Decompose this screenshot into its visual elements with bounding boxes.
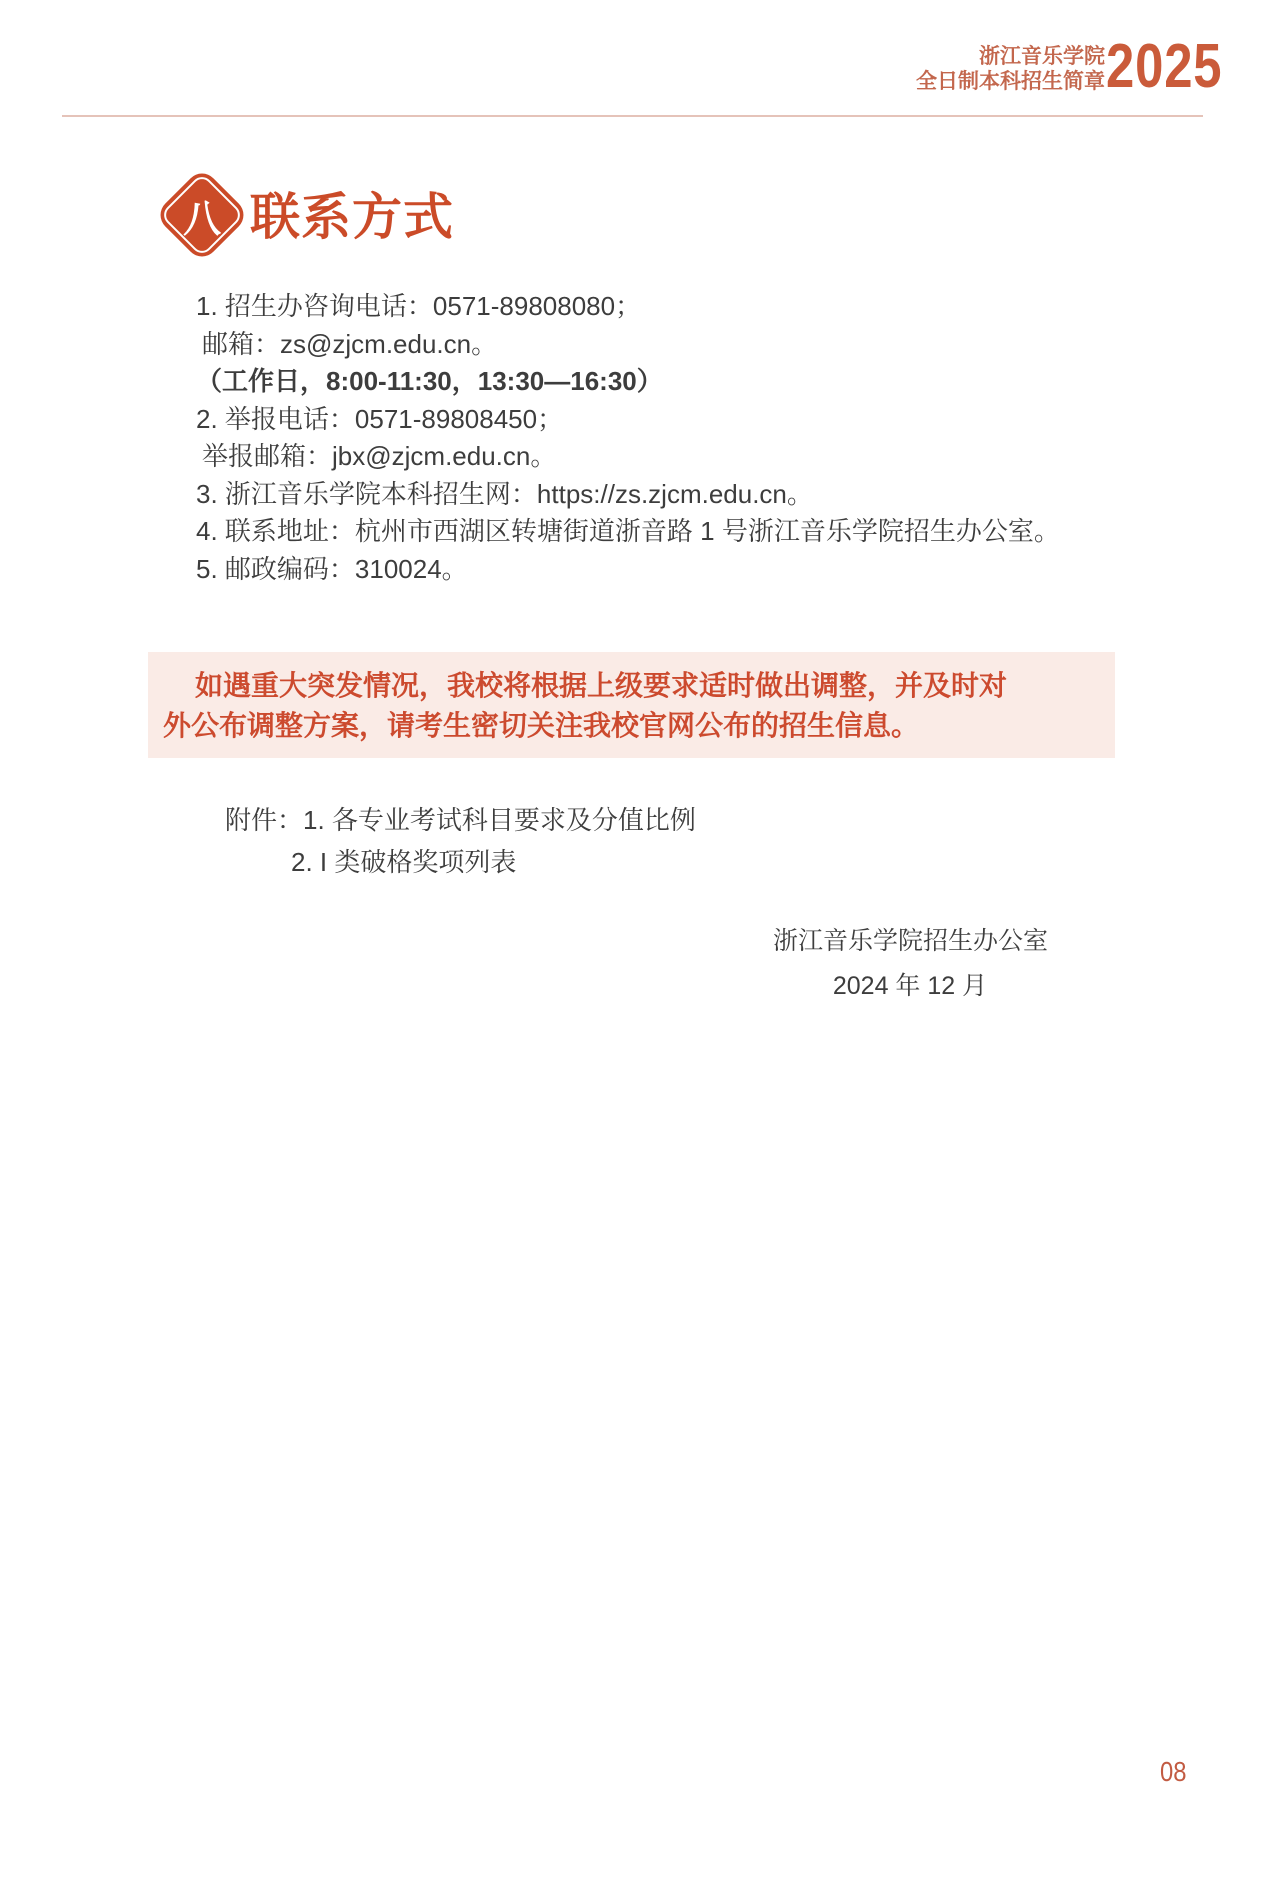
attachment-item-2: 2. I 类破格奖项列表 <box>291 846 516 878</box>
contact-line-postal-code: 5. 邮政编码：310024。 <box>196 551 1060 589</box>
signature-date: 2024 年 12 月 <box>772 971 1048 1001</box>
header: 浙江音乐学院 全日制本科招生简章 <box>916 44 1105 94</box>
page-number: 08 <box>1160 1756 1186 1788</box>
header-school-name: 浙江音乐学院 <box>916 44 1105 69</box>
header-year: 2025 <box>1106 36 1222 98</box>
contact-line-address: 4. 联系地址：杭州市西湖区转塘街道浙音路 1 号浙江音乐学院招生办公室。 <box>196 513 1060 551</box>
contact-line-email: 邮箱：zs@zjcm.edu.cn。 <box>202 326 1060 364</box>
contact-line-office-hours: （工作日，8:00-11:30，13:30—16:30） <box>196 363 1060 401</box>
notice-line-1: 如遇重大突发情况，我校将根据上级要求适时做出调整，并及时对 <box>163 666 1095 706</box>
header-subtitle: 全日制本科招生简章 <box>916 69 1105 94</box>
section-title: 联系方式 <box>250 189 454 245</box>
notice-line-2: 外公布调整方案，请考生密切关注我校官网公布的招生信息。 <box>163 706 1095 746</box>
contact-line-website: 3. 浙江音乐学院本科招生网：https://zs.zjcm.edu.cn。 <box>196 476 1060 514</box>
attachments-label: 附件： <box>225 805 303 835</box>
attachments-line-1: 附件：1. 各专业考试科目要求及分值比例 <box>225 804 696 836</box>
attachment-item-1: 1. 各专业考试科目要求及分值比例 <box>303 805 696 835</box>
signature-block: 浙江音乐学院招生办公室 2024 年 12 月 <box>772 926 1048 1001</box>
document-page: 浙江音乐学院 全日制本科招生简章 2025 八 联系方式 1. 招生办咨询电话：… <box>0 0 1280 1886</box>
section-badge-icon: 八 <box>154 167 250 263</box>
section-badge-number: 八 <box>168 181 236 249</box>
signature-office: 浙江音乐学院招生办公室 <box>772 926 1048 971</box>
contact-line-report-phone: 2. 举报电话：0571-89808450； <box>196 401 1060 439</box>
notice-box: 如遇重大突发情况，我校将根据上级要求适时做出调整，并及时对 外公布调整方案，请考… <box>148 652 1115 758</box>
header-divider <box>62 115 1203 117</box>
contact-line-report-email: 举报邮箱：jbx@zjcm.edu.cn。 <box>202 438 1060 476</box>
contact-line-phone: 1. 招生办咨询电话：0571-89808080； <box>196 288 1060 326</box>
contact-list: 1. 招生办咨询电话：0571-89808080； 邮箱：zs@zjcm.edu… <box>196 288 1060 588</box>
